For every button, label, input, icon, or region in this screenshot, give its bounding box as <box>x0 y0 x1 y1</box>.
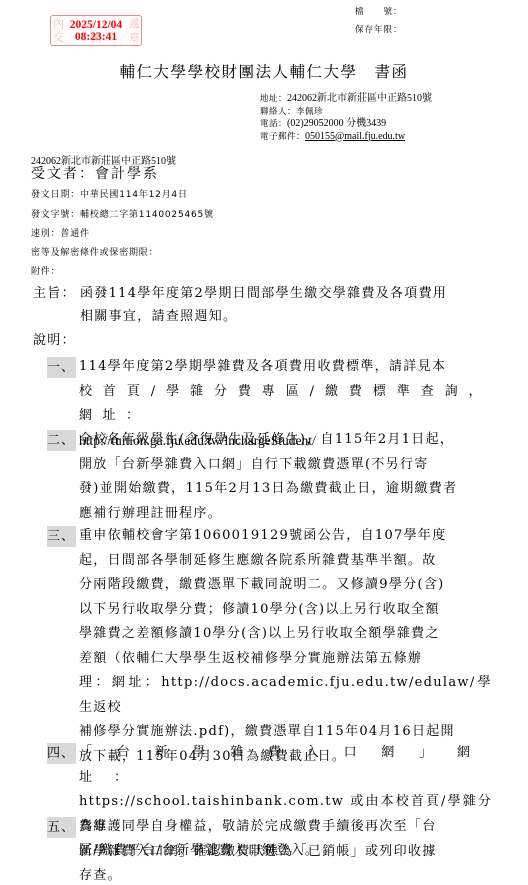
paragraph-line: 學雜費之差額修讀10學分(含)以上另行收取全額學雜費之 <box>79 622 492 647</box>
paragraph-line: 分兩階段繳費，繳費憑單下載同說明二。又修讀9學分(含) <box>79 573 492 598</box>
document-title: 輔仁大學學校財團法人輔仁大學 書函 <box>0 60 528 82</box>
phone-row: 電話：(02)29052000 分機3439 <box>260 118 432 131</box>
email-row: 電子郵件：050155@mail.fju.edu.tw <box>260 131 432 144</box>
issue-date: 發文日期：中華民國114年12月4日 <box>31 187 188 200</box>
paragraph-line: 重申依輔校會字第1060019129號函公告，自107學年度 <box>79 524 492 549</box>
paragraph-line: 為維護同學自身權益，敬請於完成繳費手續後再次至「台 <box>79 815 492 840</box>
paragraph-line: 應補行辦理註冊程序。 <box>79 502 492 527</box>
paragraph-line: 以下另行收取學分費；修讀10學分(含)以上另行收取全額 <box>79 598 492 623</box>
recipient: 受文者：會計學系 <box>31 163 159 183</box>
document-number: 發文字號：輔校總二字第1140025465號 <box>31 207 214 220</box>
paragraph-5: 為維護同學自身權益，敬請於完成繳費手續後再次至「台 新學雜費入口網」確認繳費狀態… <box>79 815 492 885</box>
paragraph-line: 校首頁/學雜分費專區/繳費標準查詢，網址： <box>79 380 492 429</box>
paragraph-line: 開放「台新學雜費入口網」自行下載繳費憑單(不另行寄 <box>79 453 492 478</box>
paragraph-line: 起，日間部各學制延修生應繳各院系所雜費基準半額。故 <box>79 549 492 574</box>
paragraph-line: 存查。 <box>79 864 492 885</box>
paragraph-line: 差額（依輔仁大學學生返校補修學分實施辦法第五條辦 <box>79 647 492 672</box>
contact-person-value: 李佩珍 <box>296 107 323 117</box>
paragraph-number-1: 一、 <box>47 357 76 378</box>
retention-label: 保存年限： <box>355 23 403 35</box>
paragraph-2: 全校各年級學生(含復學生及延修生)，自115年2月1日起， 開放「台新學雜費入口… <box>79 428 492 526</box>
address-row: 地址：242062新北市新莊區中正路510號 <box>260 93 432 106</box>
paragraph-number-4: 四、 <box>47 743 76 764</box>
paragraph-line: 114學年度第2學期學雜費及各項費用收費標準，請詳見本 <box>79 355 492 380</box>
paragraph-line: 全校各年級學生(含復學生及延修生)，自115年2月1日起， <box>79 428 492 453</box>
email-label: 電子郵件： <box>260 132 305 142</box>
paragraph-line: 發)並開始繳費，115年2月13日為繳費截止日，逾期繳費者 <box>79 477 492 502</box>
paragraph-line-with-url[interactable]: 理：網址：http://docs.academic.fju.edu.tw/edu… <box>79 671 492 720</box>
phone-label: 電話： <box>260 119 287 129</box>
subject-label: 主旨： <box>33 282 76 307</box>
confidentiality: 密等及解密條件或保密期限： <box>31 245 158 258</box>
sender-contact-block: 地址：242062新北市新莊區中正路510號 聯絡人：李佩珍 電話：(02)29… <box>260 93 432 143</box>
paragraph-number-5: 五、 <box>47 817 76 838</box>
stamp-time: 08:23:41 <box>51 31 141 43</box>
paragraph-line: 新學雜費入口網」確認繳費狀態為「已銷帳」或列印收據 <box>79 840 492 865</box>
file-number-label: 檔 號： <box>355 5 403 17</box>
contact-person-row: 聯絡人：李佩珍 <box>260 106 432 119</box>
phone-value: (02)29052000 分機3439 <box>287 118 386 129</box>
stamp-date: 2025/12/04 <box>51 19 141 31</box>
paragraph-number-2: 二、 <box>47 430 76 451</box>
contact-person-label: 聯絡人： <box>260 107 296 117</box>
paragraph-3: 重申依輔校會字第1060019129號函公告，自107學年度 起，日間部各學制延… <box>79 524 492 769</box>
subject-line-2: 相關事宜，請查照週知。 <box>80 305 237 330</box>
paragraph-line: 「台新學雜費入口網」網址： <box>79 741 492 790</box>
address-value: 242062新北市新莊區中正路510號 <box>287 93 432 104</box>
urgency: 速別：普通件 <box>31 226 90 239</box>
address-label: 地址： <box>260 94 287 104</box>
subject-line-1: 函發114學年度第2學期日間部學生繳交學雜費及各項費用 <box>80 282 447 307</box>
paragraph-number-3: 三、 <box>47 526 76 547</box>
email-link[interactable]: 050155@mail.fju.edu.tw <box>305 131 405 142</box>
explanation-label: 說明： <box>33 329 76 354</box>
received-stamp: 內 交 換 遞 章 2025/12/04 08:23:41 <box>50 15 142 46</box>
attachments: 附件： <box>31 264 60 277</box>
